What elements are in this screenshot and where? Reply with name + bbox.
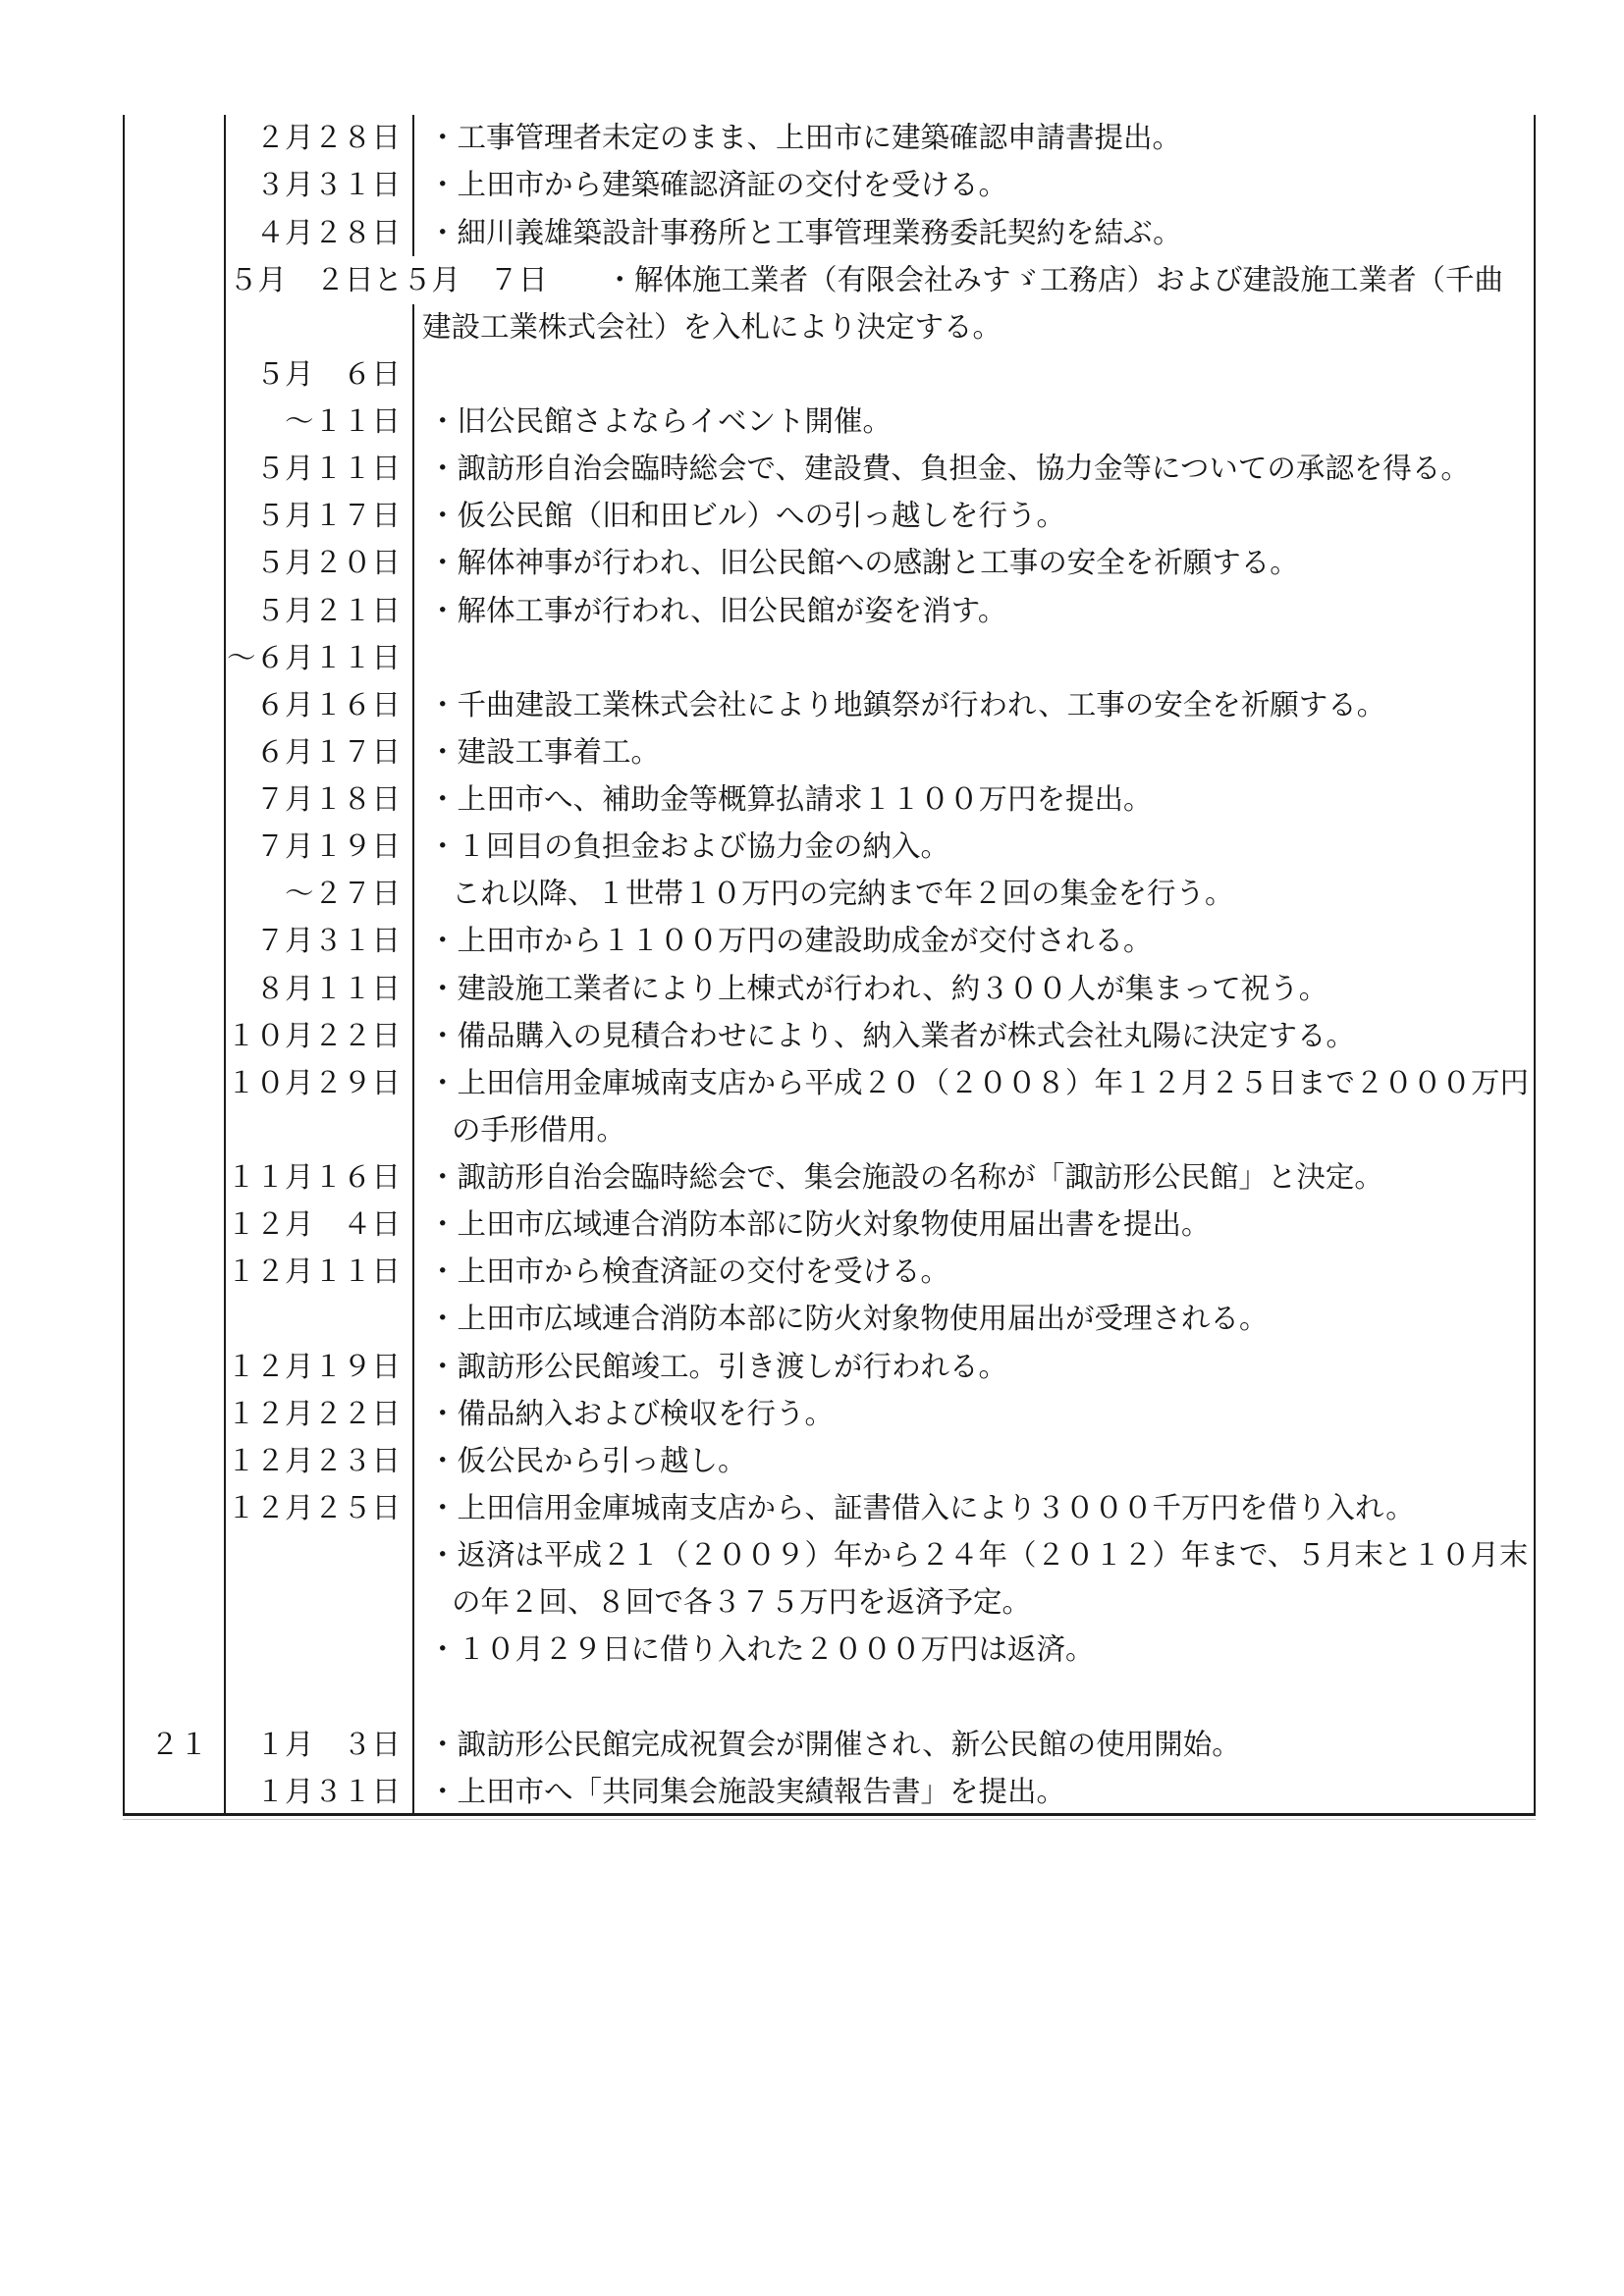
table-row: ４月２８日・細川義雄築設計事務所と工事管理業務委託契約を結ぶ。 [125,209,1534,256]
year-cell [125,1154,226,1201]
year-cell [125,965,226,1012]
year-cell [125,351,226,399]
date-cell: １月 ３日 [226,1721,414,1768]
date-cell: ～２７日 [226,871,414,918]
year-cell [125,256,226,303]
year-cell [125,1438,226,1485]
year-cell [125,1249,226,1296]
date-cell [226,1107,414,1154]
year-cell [125,634,226,681]
event-cell: ・解体神事が行われ、旧公民館への感謝と工事の安全を祈願する。 [414,540,1534,587]
year-cell [125,587,226,634]
document-page: ２月２８日・工事管理者未定のまま、上田市に建築確認申請書提出。３月３１日・上田市… [0,0,1624,2296]
year-cell [125,776,226,824]
event-cell: 建設工業株式会社）を入札により決定する。 [414,304,1534,351]
date-cell: ２月２８日 [226,115,414,162]
date-cell: ７月１９日 [226,824,414,871]
event-cell: ・上田信用金庫城南支店から平成２０（２００８）年１２月２５日まで２０００万円 [414,1060,1534,1107]
date-cell: ６月１７日 [226,729,414,776]
table-row: ～２７日これ以降、１世帯１０万円の完納まで年２回の集金を行う。 [125,871,1534,918]
year-cell [125,1768,226,1815]
year-cell [125,1296,226,1343]
event-cell: ・備品購入の見積合わせにより、納入業者が株式会社丸陽に決定する。 [414,1012,1534,1059]
year-cell [125,209,226,256]
event-cell: ・諏訪形自治会臨時総会で、集会施設の名称が「諏訪形公民館」と決定。 [414,1154,1534,1201]
table-row: ７月３１日・上田市から１１００万円の建設助成金が交付される。 [125,918,1534,965]
year-cell [125,1674,226,1721]
year-cell [125,1343,226,1390]
year-cell [125,1060,226,1107]
table-row: の年２回、８回で各３７５万円を返済予定。 [125,1579,1534,1627]
event-cell: ・上田市から検査済証の交付を受ける。 [414,1249,1534,1296]
table-row: ６月１６日・千曲建設工業株式会社により地鎮祭が行われ、工事の安全を祈願する。 [125,682,1534,729]
year-cell [125,446,226,493]
date-cell: １２月１１日 [226,1249,414,1296]
date-cell: ～６月１１日 [226,634,414,681]
table-row: １１月１６日・諏訪形自治会臨時総会で、集会施設の名称が「諏訪形公民館」と決定。 [125,1154,1534,1201]
event-cell: ・諏訪形公民館完成祝賀会が開催され、新公民館の使用開始。 [414,1721,1534,1768]
year-cell [125,1390,226,1437]
year-cell [125,1107,226,1154]
event-cell: ・仮公民館（旧和田ビル）への引っ越しを行う。 [414,493,1534,540]
table-row: ６月１７日・建設工事着工。 [125,729,1534,776]
table-row: １２月２３日・仮公民から引っ越し。 [125,1438,1534,1485]
year-cell [125,1012,226,1059]
year-cell [125,1485,226,1532]
event-cell: ・１０月２９日に借り入れた２０００万円は返済。 [414,1627,1534,1674]
table-row: １０月２９日・上田信用金庫城南支店から平成２０（２００８）年１２月２５日まで２０… [125,1060,1534,1107]
timeline-table: ２月２８日・工事管理者未定のまま、上田市に建築確認申請書提出。３月３１日・上田市… [123,115,1536,1816]
table-row: １２月２２日・備品納入および検収を行う。 [125,1390,1534,1437]
event-cell: ・返済は平成２１（２００９）年から２４年（２０１２）年まで、５月末と１０月末 [414,1532,1534,1579]
date-cell [226,1532,414,1579]
date-and-event-cell: ５月 ２日と５月 ７日 ・解体施工業者（有限会社みすゞ工務店）および建設施工業者… [226,256,1534,303]
table-row: ～６月１１日 [125,634,1534,681]
table-row: の手形借用。 [125,1107,1534,1154]
year-cell [125,399,226,446]
date-cell: １月３１日 [226,1768,414,1815]
event-cell: ・建設工事着工。 [414,729,1534,776]
date-cell: ５月 ６日 [226,351,414,399]
year-cell [125,1532,226,1579]
date-cell [226,1674,414,1721]
table-row: ～１１日・旧公民館さよならイベント開催。 [125,399,1534,446]
date-cell: ５月１１日 [226,446,414,493]
table-row [125,1674,1534,1721]
table-row: ・上田市広域連合消防本部に防火対象物使用届出が受理される。 [125,1296,1534,1343]
date-cell: ～１１日 [226,399,414,446]
table-row: ・１０月２９日に借り入れた２０００万円は返済。 [125,1627,1534,1674]
event-cell: ・上田市から建築確認済証の交付を受ける。 [414,162,1534,209]
date-cell: １２月１９日 [226,1343,414,1390]
event-cell: ・上田市から１１００万円の建設助成金が交付される。 [414,918,1534,965]
table-row: ７月１８日・上田市へ、補助金等概算払請求１１００万円を提出。 [125,776,1534,824]
date-cell: １２月２２日 [226,1390,414,1437]
date-cell: ５月１７日 [226,493,414,540]
year-cell [125,918,226,965]
event-cell: の年２回、８回で各３７５万円を返済予定。 [414,1579,1534,1627]
table-row: ５月 ６日 [125,351,1534,399]
year-cell [125,162,226,209]
table-row: ７月１９日・１回目の負担金および協力金の納入。 [125,824,1534,871]
table-row: ５月２１日・解体工事が行われ、旧公民館が姿を消す。 [125,587,1534,634]
event-cell: ・千曲建設工業株式会社により地鎮祭が行われ、工事の安全を祈願する。 [414,682,1534,729]
event-cell: ・諏訪形公民館竣工。引き渡しが行われる。 [414,1343,1534,1390]
event-cell: ・備品納入および検収を行う。 [414,1390,1534,1437]
event-cell: ・細川義雄築設計事務所と工事管理業務委託契約を結ぶ。 [414,209,1534,256]
year-cell [125,540,226,587]
event-cell: ・上田信用金庫城南支店から、証書借入により３０００千万円を借り入れ。 [414,1485,1534,1532]
table-row: １２月１９日・諏訪形公民館竣工。引き渡しが行われる。 [125,1343,1534,1390]
table-row: 建設工業株式会社）を入札により決定する。 [125,304,1534,351]
year-cell [125,682,226,729]
event-cell [414,351,1534,399]
date-cell [226,1579,414,1627]
event-cell: ・建設施工業者により上棟式が行われ、約３００人が集まって祝う。 [414,965,1534,1012]
year-cell [125,304,226,351]
year-cell [125,493,226,540]
table-row: ３月３１日・上田市から建築確認済証の交付を受ける。 [125,162,1534,209]
event-cell: ・工事管理者未定のまま、上田市に建築確認申請書提出。 [414,115,1534,162]
date-cell: １０月２２日 [226,1012,414,1059]
table-row: ５月１１日・諏訪形自治会臨時総会で、建設費、負担金、協力金等についての承認を得る… [125,446,1534,493]
event-cell [414,634,1534,681]
table-row: １０月２２日・備品購入の見積合わせにより、納入業者が株式会社丸陽に決定する。 [125,1012,1534,1059]
date-cell: １２月２３日 [226,1438,414,1485]
event-cell: ・諏訪形自治会臨時総会で、建設費、負担金、協力金等についての承認を得る。 [414,446,1534,493]
event-cell: ・旧公民館さよならイベント開催。 [414,399,1534,446]
table-row: １月３１日・上田市へ「共同集会施設実績報告書」を提出。 [125,1768,1534,1815]
event-cell: の手形借用。 [414,1107,1534,1154]
year-cell [125,729,226,776]
date-cell: １０月２９日 [226,1060,414,1107]
event-cell: これ以降、１世帯１０万円の完納まで年２回の集金を行う。 [414,871,1534,918]
event-cell: ・解体工事が行われ、旧公民館が姿を消す。 [414,587,1534,634]
event-cell: ・上田市へ「共同集会施設実績報告書」を提出。 [414,1768,1534,1815]
table-row: ２１１月 ３日・諏訪形公民館完成祝賀会が開催され、新公民館の使用開始。 [125,1721,1534,1768]
table-row: １２月２５日・上田信用金庫城南支店から、証書借入により３０００千万円を借り入れ。 [125,1485,1534,1532]
year-cell [125,1627,226,1674]
date-cell: ５月２１日 [226,587,414,634]
table-row: ・返済は平成２１（２００９）年から２４年（２０１２）年まで、５月末と１０月末 [125,1532,1534,1579]
event-cell: ・上田市広域連合消防本部に防火対象物使用届出が受理される。 [414,1296,1534,1343]
event-cell: ・仮公民から引っ越し。 [414,1438,1534,1485]
table-row: １２月 ４日・上田市広域連合消防本部に防火対象物使用届出書を提出。 [125,1201,1534,1249]
date-cell: ４月２８日 [226,209,414,256]
year-cell [125,1201,226,1249]
year-cell [125,1579,226,1627]
date-cell: ５月２０日 [226,540,414,587]
year-cell [125,115,226,162]
date-cell: ７月１８日 [226,776,414,824]
date-cell: ７月３１日 [226,918,414,965]
date-cell: １２月 ４日 [226,1201,414,1249]
date-cell: １２月２５日 [226,1485,414,1532]
date-cell [226,304,414,351]
year-cell [125,824,226,871]
date-cell: ６月１６日 [226,682,414,729]
table-row: ５月 ２日と５月 ７日 ・解体施工業者（有限会社みすゞ工務店）および建設施工業者… [125,256,1534,303]
event-cell: ・上田市へ、補助金等概算払請求１１００万円を提出。 [414,776,1534,824]
event-cell: ・１回目の負担金および協力金の納入。 [414,824,1534,871]
year-cell [125,871,226,918]
event-cell: ・上田市広域連合消防本部に防火対象物使用届出書を提出。 [414,1201,1534,1249]
table-row: ２月２８日・工事管理者未定のまま、上田市に建築確認申請書提出。 [125,115,1534,162]
year-cell: ２１ [125,1721,226,1768]
table-row: ８月１１日・建設施工業者により上棟式が行われ、約３００人が集まって祝う。 [125,965,1534,1012]
date-cell: １１月１６日 [226,1154,414,1201]
date-cell [226,1296,414,1343]
date-cell: ８月１１日 [226,965,414,1012]
table-row: ５月２０日・解体神事が行われ、旧公民館への感謝と工事の安全を祈願する。 [125,540,1534,587]
date-cell [226,1627,414,1674]
table-row: ５月１７日・仮公民館（旧和田ビル）への引っ越しを行う。 [125,493,1534,540]
event-cell [414,1674,1534,1721]
table-row: １２月１１日・上田市から検査済証の交付を受ける。 [125,1249,1534,1296]
date-cell: ３月３１日 [226,162,414,209]
